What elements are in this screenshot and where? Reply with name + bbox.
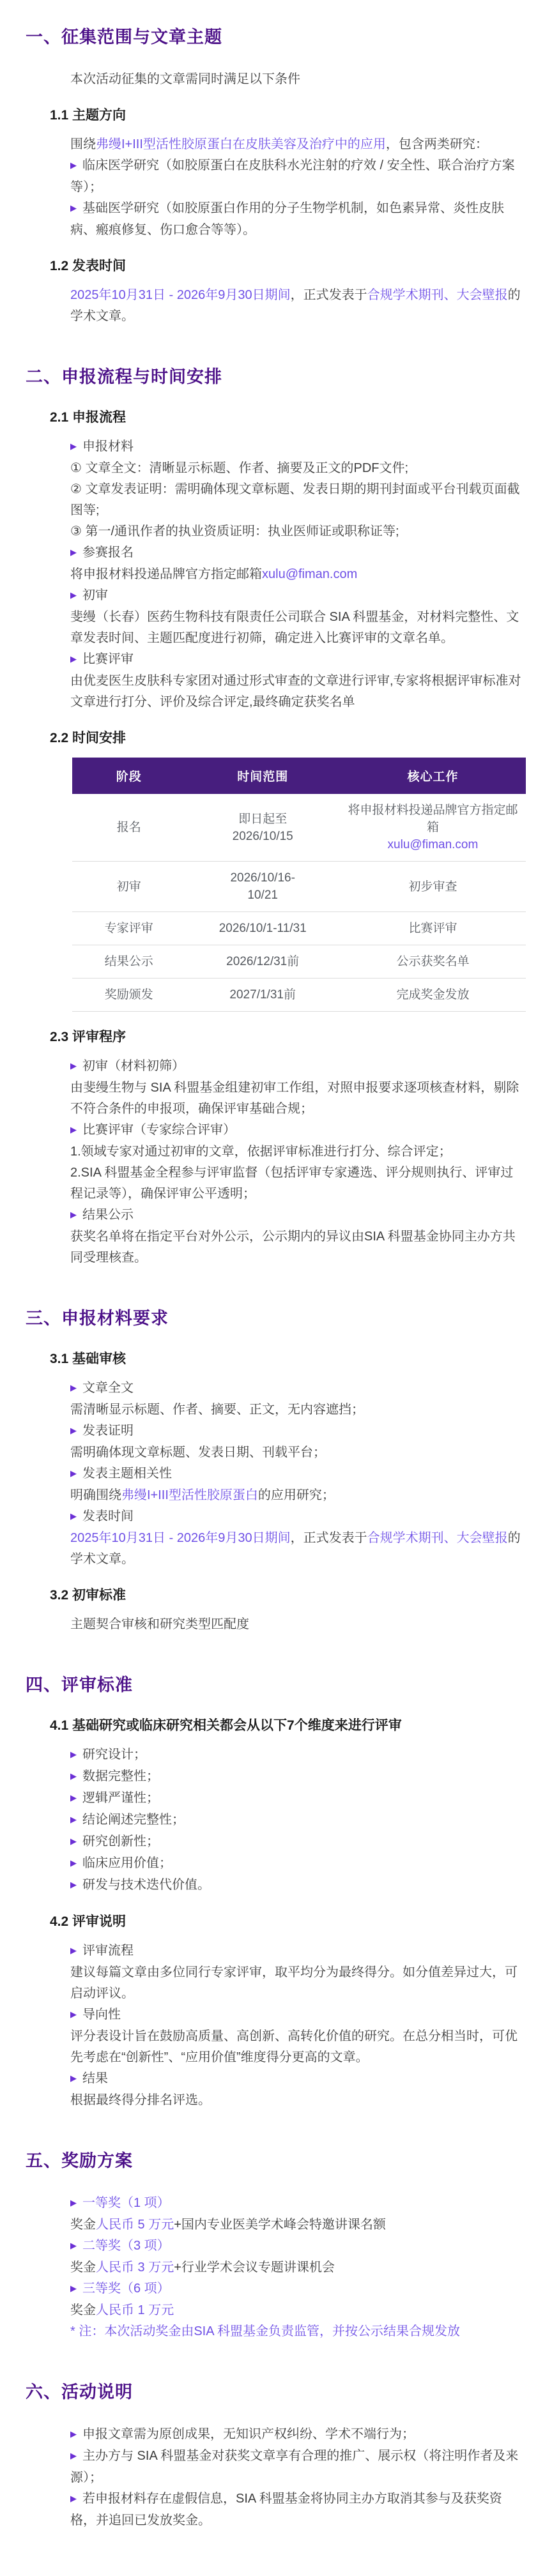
paragraph: 斐缦（长春）医药生物科技有限责任公司联合 SIA 科盟基金，对材料完整性、文章发… xyxy=(70,607,525,649)
bullet-item: ▶主办方与 SIA 科盟基金对获奖文章享有合理的推广、展示权（将注明作者及来源）… xyxy=(70,2446,525,2488)
bullet-triangle-icon: ▶ xyxy=(70,1874,77,1895)
bullet-triangle-icon: ▶ xyxy=(70,2004,77,2025)
text-run: 奖励颁发 xyxy=(105,988,153,1002)
text-run: 研究创新性； xyxy=(82,1834,159,1848)
bullet-item: ▶初审 xyxy=(70,585,525,607)
section-4: 四、评审标准4.1 基础研究或临床研究相关都会从以下7个维度来进行评审▶研究设计… xyxy=(0,1675,525,2111)
text-run: 研究设计； xyxy=(82,1748,146,1762)
bullet-item: ▶发表主题相关性 xyxy=(70,1463,525,1485)
table-cell: 初审 xyxy=(72,862,186,912)
paragraph: 2.SIA 科盟基金全程参与评审监督（包括评审专家遴选、评分规则执行、评审过程记… xyxy=(70,1162,525,1205)
text-run: 发表时间 xyxy=(82,1509,134,1523)
bullet-item: ▶申报材料 xyxy=(70,436,525,458)
section-2: 二、申报流程与时间安排2.1 申报流程▶申报材料① 文章全文：清晰显示标题、作者… xyxy=(0,367,525,1269)
text-run: 需清晰显示标题、作者、摘要、正文，无内容遮挡； xyxy=(70,1403,364,1417)
bullet-item: ▶若申报材料存在虚假信息，SIA 科盟基金将协同主办方取消其参与及获奖资格，并追… xyxy=(70,2488,525,2531)
text-run: 二等奖（3 项） xyxy=(82,2239,170,2253)
table-cell: 完成奖金发放 xyxy=(340,979,526,1012)
text-run: 由优麦医生皮肤科专家团对通过形式审查的文章进行评审,专家将根据评审标准对文章进行… xyxy=(70,674,521,709)
text-run: ③ 第一/通讯作者的执业资质证明：执业医师证或职称证等; xyxy=(70,524,399,538)
section-heading: 五、奖励方案 xyxy=(26,2151,525,2171)
paragraph: 主题契合审核和研究类型匹配度 xyxy=(70,1614,525,1635)
text-run: 评审流程 xyxy=(82,1944,134,1958)
bullet-triangle-icon: ▶ xyxy=(70,2423,77,2444)
paragraph: 评分表设计旨在鼓励高质量、高创新、高转化价值的研究。在总分相当时，可优先考虑在“… xyxy=(70,2026,525,2068)
text-run: 初审 xyxy=(117,880,141,894)
paragraph: 将申报材料投递品牌官方指定邮箱xulu@fiman.com xyxy=(70,564,525,585)
bullet-triangle-icon: ▶ xyxy=(70,1744,77,1765)
text-run: 根据最终得分排名评选。 xyxy=(70,2093,211,2107)
text-run: 比赛评审 xyxy=(408,922,457,935)
bullet-item: ▶基础医学研究（如胶原蛋白作用的分子生物学机制，如色素异常、炎性皮肤病、瘢痕修复… xyxy=(70,198,525,241)
text-run: 文章全文 xyxy=(82,1381,134,1395)
table-row: 结果公示2026/12/31前公示获奖名单 xyxy=(72,945,526,979)
text-run: 人民币 5 万元 xyxy=(96,2218,174,2232)
paragraph: ② 文章发表证明：需明确体现文章标题、发表日期的期刊封面或平台刊载页面截图等; xyxy=(70,479,525,521)
bullet-item: ▶数据完整性； xyxy=(70,1766,525,1788)
bullet-triangle-icon: ▶ xyxy=(70,1831,77,1852)
bullet-item: ▶比赛评审 xyxy=(70,649,525,671)
table-cell: 结果公示 xyxy=(72,945,186,979)
paragraph: ③ 第一/通讯作者的执业资质证明：执业医师证或职称证等; xyxy=(70,521,525,542)
paragraph: 1.领域专家对通过初审的文章，依据评审标准进行打分、综合评定； xyxy=(70,1141,525,1162)
text-run: ，正式发表于 xyxy=(291,288,367,302)
paragraph: 根据最终得分排名评选。 xyxy=(70,2090,525,2111)
table-header-cell: 核心工作 xyxy=(340,758,526,794)
text-run: 主题契合审核和研究类型匹配度 xyxy=(70,1617,249,1631)
bullet-item: ▶临床医学研究（如胶原蛋白在皮肤科水光注射的疗效 / 安全性、联合治疗方案等）； xyxy=(70,155,525,198)
bullet-item: ▶研究设计； xyxy=(70,1744,525,1766)
text-run: 临床应用价值； xyxy=(82,1856,172,1870)
bullet-item: ▶研究创新性； xyxy=(70,1831,525,1853)
text-run: 导向性 xyxy=(82,2008,121,2022)
text-run: 明确围绕 xyxy=(70,1488,121,1502)
text-run: ，正式发表于 xyxy=(291,1531,367,1545)
table-cell: 公示获奖名单 xyxy=(340,945,526,979)
text-run: 结果公示 xyxy=(105,955,153,968)
text-run: 的应用研究； xyxy=(258,1488,335,1502)
text-run: 逻辑严谨性； xyxy=(82,1791,159,1805)
bullet-triangle-icon: ▶ xyxy=(70,197,77,218)
bullet-item: ▶结果 xyxy=(70,2068,525,2090)
bullet-triangle-icon: ▶ xyxy=(70,1463,77,1484)
bullet-triangle-icon: ▶ xyxy=(70,155,77,176)
text-run: ① 文章全文：清晰显示标题、作者、摘要及正文的PDF文件; xyxy=(70,461,408,475)
text-run: +行业学术会议专题讲课机会 xyxy=(174,2260,335,2275)
bullet-triangle-icon: ▶ xyxy=(70,2192,77,2213)
text-run: 初审（材料初筛） xyxy=(82,1059,185,1073)
bullet-triangle-icon: ▶ xyxy=(70,648,77,669)
bullet-triangle-icon: ▶ xyxy=(70,1852,77,1873)
bullet-item: ▶参赛报名 xyxy=(70,542,525,564)
bullet-triangle-icon: ▶ xyxy=(70,1940,77,1961)
table-cell: 即日起至 2026/10/15 xyxy=(186,794,340,862)
email-link[interactable]: xulu@fiman.com xyxy=(388,838,479,851)
paragraph: 建议每篇文章由多位同行专家评审，取平均分为最终得分。如分值差异过大，可启动评议。 xyxy=(70,1962,525,2004)
text-run: ② 文章发表证明：需明确体现文章标题、发表日期的期刊封面或平台刊载页面截图等; xyxy=(70,482,520,517)
bullet-item: ▶二等奖（3 项） xyxy=(70,2236,525,2257)
bullet-item: ▶结果公示 xyxy=(70,1205,525,1226)
bullet-item: ▶评审流程 xyxy=(70,1940,525,1962)
table-header-cell: 时间范围 xyxy=(186,758,340,794)
text-run: 弗缦I+III型活性胶原蛋白在皮肤美容及治疗中的应用 xyxy=(96,137,386,151)
bullet-triangle-icon: ▶ xyxy=(70,1377,77,1398)
section-5: 五、奖励方案▶一等奖（1 项）奖金人民币 5 万元+国内专业医美学术峰会特邀讲课… xyxy=(0,2151,525,2342)
text-run: 评分表设计旨在鼓励高质量、高创新、高转化价值的研究。在总分相当时，可优先考虑在“… xyxy=(70,2029,518,2064)
text-run: 结果公示 xyxy=(82,1208,134,1222)
text-run: 2026/10/16- 10/21 xyxy=(230,871,295,902)
subsection-heading: 2.3 评审程序 xyxy=(50,1028,525,1046)
table-header-cell: 阶段 xyxy=(72,758,186,794)
text-run: 初审 xyxy=(82,588,108,602)
text-run: 比赛评审（专家综合评审） xyxy=(82,1123,236,1137)
section-heading: 三、申报材料要求 xyxy=(26,1308,525,1329)
paragraph: 明确围绕弗缦I+III型活性胶原蛋白的应用研究； xyxy=(70,1485,525,1506)
bullet-triangle-icon: ▶ xyxy=(70,2278,77,2299)
section-3: 三、申报材料要求3.1 基础审核▶文章全文需清晰显示标题、作者、摘要、正文，无内… xyxy=(0,1308,525,1635)
text-run: 弗缦I+III型活性胶原蛋白 xyxy=(121,1488,258,1502)
text-run: 报名 xyxy=(117,821,141,834)
table-cell: 将申报材料投递品牌官方指定邮箱 xulu@fiman.com xyxy=(340,794,526,862)
table-cell: 2026/10/1-11/31 xyxy=(186,912,340,945)
text-run: 临床医学研究（如胶原蛋白在皮肤科水光注射的疗效 / 安全性、联合治疗方案等）； xyxy=(70,158,515,194)
text-run: 斐缦（长春）医药生物科技有限责任公司联合 SIA 科盟基金，对材料完整性、文章发… xyxy=(70,610,519,645)
table-cell: 初步审查 xyxy=(340,862,526,912)
text-run: 合规学术期刊、大会壁报 xyxy=(367,1531,508,1545)
subsection-heading: 4.2 评审说明 xyxy=(50,1913,525,1931)
table-cell: 报名 xyxy=(72,794,186,862)
bullet-triangle-icon: ▶ xyxy=(70,1119,77,1140)
paragraph: 奖金人民币 5 万元+国内专业医美学术峰会特邀讲课名额 xyxy=(70,2214,525,2236)
text-run: 1.领域专家对通过初审的文章，依据评审标准进行打分、综合评定； xyxy=(70,1145,452,1159)
text-run: 即日起至 2026/10/15 xyxy=(233,812,293,843)
paragraph: 奖金人民币 3 万元+行业学术会议专题讲课机会 xyxy=(70,2257,525,2278)
bullet-item: ▶初审（材料初筛） xyxy=(70,1056,525,1078)
text-run: 2025年10月31日 - 2026年9月30日期间 xyxy=(70,1531,291,1545)
table-cell: 2026/10/16- 10/21 xyxy=(186,862,340,912)
paragraph: 2025年10月31日 - 2026年9月30日期间，正式发表于合规学术期刊、大… xyxy=(70,285,525,327)
section-heading: 六、活动说明 xyxy=(26,2382,525,2402)
text-run: 2026/10/1-11/31 xyxy=(219,922,307,935)
bullet-triangle-icon: ▶ xyxy=(70,436,77,457)
text-run: 申报文章需为原创成果，无知识产权纠纷、学术不端行为； xyxy=(82,2427,415,2441)
bullet-triangle-icon: ▶ xyxy=(70,2445,77,2466)
bullet-item: ▶逻辑严谨性； xyxy=(70,1788,525,1810)
text-run: 研发与技术迭代价值。 xyxy=(82,1878,210,1892)
text-run: 主办方与 SIA 科盟基金对获奖文章享有合理的推广、展示权（将注明作者及来源）； xyxy=(70,2449,518,2485)
text-run: 三等奖（6 项） xyxy=(82,2282,170,2296)
bullet-item: ▶研发与技术迭代价值。 xyxy=(70,1875,525,1896)
subsection-heading: 2.1 申报流程 xyxy=(50,409,525,427)
paragraph: 获奖名单将在指定平台对外公示，公示期内的异议由SIA 科盟基金协同主办方共同受理… xyxy=(70,1226,525,1269)
email-link[interactable]: xulu@fiman.com xyxy=(262,567,357,581)
section-heading: 二、申报流程与时间安排 xyxy=(26,367,525,387)
text-run: 获奖名单将在指定平台对外公示，公示期内的异议由SIA 科盟基金协同主办方共同受理… xyxy=(70,1230,516,1265)
text-run: 发表证明 xyxy=(82,1424,134,1438)
bullet-triangle-icon: ▶ xyxy=(70,1505,77,1527)
note-line: * 注：本次活动奖金由SIA 科盟基金负责监管，并按公示结果合规发放 xyxy=(70,2321,525,2342)
subsection-heading: 3.2 初审标准 xyxy=(50,1587,525,1604)
table-row: 初审2026/10/16- 10/21初步审查 xyxy=(72,862,526,912)
table-cell: 奖励颁发 xyxy=(72,979,186,1012)
text-run: 人民币 1 万元 xyxy=(96,2303,174,2317)
bullet-triangle-icon: ▶ xyxy=(70,1055,77,1076)
section-6: 六、活动说明▶申报文章需为原创成果，无知识产权纠纷、学术不端行为；▶主办方与 S… xyxy=(0,2382,525,2531)
table-row: 报名即日起至 2026/10/15将申报材料投递品牌官方指定邮箱 xulu@fi… xyxy=(72,794,526,862)
bullet-item: ▶结论阐述完整性； xyxy=(70,1810,525,1831)
text-run: 由斐缦生物与 SIA 科盟基金组建初审工作组，对照申报要求逐项核查材料，剔除不符… xyxy=(70,1081,519,1116)
bullet-triangle-icon: ▶ xyxy=(70,1809,77,1830)
text-run: 合规学术期刊、大会壁报 xyxy=(367,288,508,302)
bullet-item: ▶导向性 xyxy=(70,2004,525,2026)
text-run: 公示获奖名单 xyxy=(396,955,469,968)
paragraph: 奖金人民币 1 万元 xyxy=(70,2300,525,2321)
paragraph: 由优麦医生皮肤科专家团对通过形式审查的文章进行评审,专家将根据评审标准对文章进行… xyxy=(70,671,525,713)
text-run: 2.SIA 科盟基金全程参与评审监督（包括评审专家遴选、评分规则执行、评审过程记… xyxy=(70,1166,513,1201)
bullet-triangle-icon: ▶ xyxy=(70,542,77,563)
text-run: +国内专业医美学术峰会特邀讲课名额 xyxy=(174,2218,386,2232)
table-cell: 2026/12/31前 xyxy=(186,945,340,979)
text-run: 申报材料 xyxy=(82,439,134,453)
text-run: 数据完整性； xyxy=(82,1769,159,1783)
schedule-table: 阶段时间范围核心工作报名即日起至 2026/10/15将申报材料投递品牌官方指定… xyxy=(72,758,526,1012)
text-run: 发表主题相关性 xyxy=(82,1467,172,1481)
bullet-item: ▶一等奖（1 项） xyxy=(70,2193,525,2214)
text-run: 参赛报名 xyxy=(82,545,134,560)
paragraph: 本次活动征集的文章需同时满足以下条件 xyxy=(70,69,525,90)
text-run: 将申报材料投递品牌官方指定邮箱 xyxy=(348,804,518,834)
text-run: 奖金 xyxy=(70,2303,96,2317)
text-run: 完成奖金发放 xyxy=(396,988,469,1002)
text-run: 结果 xyxy=(82,2071,108,2085)
text-run: 初步审查 xyxy=(408,880,457,894)
text-run: 结论阐述完整性； xyxy=(82,1813,185,1827)
paragraph: 2025年10月31日 - 2026年9月30日期间，正式发表于合规学术期刊、大… xyxy=(70,1528,525,1570)
bullet-triangle-icon: ▶ xyxy=(70,1420,77,1441)
text-run: 奖金 xyxy=(70,2218,96,2232)
section-1: 一、征集范围与文章主题本次活动征集的文章需同时满足以下条件1.1 主题方向围绕弗… xyxy=(0,27,525,327)
document-page: 一、征集范围与文章主题本次活动征集的文章需同时满足以下条件1.1 主题方向围绕弗… xyxy=(0,0,545,2576)
bullet-item: ▶比赛评审（专家综合评审） xyxy=(70,1120,525,1141)
bullet-triangle-icon: ▶ xyxy=(70,1787,77,1808)
paragraph: 由斐缦生物与 SIA 科盟基金组建初审工作组，对照申报要求逐项核查材料，剔除不符… xyxy=(70,1078,525,1120)
paragraph: 需明确体现文章标题、发表日期、刊载平台； xyxy=(70,1442,525,1463)
subsection-heading: 4.1 基础研究或临床研究相关都会从以下7个维度来进行评审 xyxy=(50,1717,525,1735)
text-run: 2026/12/31前 xyxy=(226,955,299,968)
text-run: 本次活动征集的文章需同时满足以下条件 xyxy=(70,72,300,86)
text-run: 2025年10月31日 - 2026年9月30日期间 xyxy=(70,288,291,302)
paragraph: 围绕弗缦I+III型活性胶原蛋白在皮肤美容及治疗中的应用，包含两类研究： xyxy=(70,134,525,155)
bullet-item: ▶文章全文 xyxy=(70,1378,525,1399)
subsection-heading: 1.1 主题方向 xyxy=(50,107,525,125)
bullet-triangle-icon: ▶ xyxy=(70,2068,77,2089)
text-run: 比赛评审 xyxy=(82,652,134,666)
paragraph: ① 文章全文：清晰显示标题、作者、摘要及正文的PDF文件; xyxy=(70,458,525,479)
bullet-triangle-icon: ▶ xyxy=(70,1765,77,1787)
table-cell: 专家评审 xyxy=(72,912,186,945)
bullet-item: ▶发表证明 xyxy=(70,1421,525,1442)
text-run: 围绕 xyxy=(70,137,96,151)
text-run: 奖金 xyxy=(70,2260,96,2275)
section-heading: 一、征集范围与文章主题 xyxy=(26,27,525,47)
bullet-triangle-icon: ▶ xyxy=(70,2235,77,2256)
text-run: 2027/1/31前 xyxy=(229,988,296,1002)
text-run: 基础医学研究（如胶原蛋白作用的分子生物学机制，如色素异常、炎性皮肤病、瘢痕修复、… xyxy=(70,201,504,237)
bullet-item: ▶临床应用价值； xyxy=(70,1853,525,1875)
text-run: 人民币 3 万元 xyxy=(96,2260,174,2275)
paragraph: 需清晰显示标题、作者、摘要、正文，无内容遮挡； xyxy=(70,1399,525,1421)
bullet-item: ▶发表时间 xyxy=(70,1506,525,1528)
table-cell: 比赛评审 xyxy=(340,912,526,945)
bullet-item: ▶申报文章需为原创成果，无知识产权纠纷、学术不端行为； xyxy=(70,2424,525,2446)
bullet-triangle-icon: ▶ xyxy=(70,584,77,606)
table-cell: 2027/1/31前 xyxy=(186,979,340,1012)
text-run: 一等奖（1 项） xyxy=(82,2196,170,2210)
subsection-heading: 1.2 发表时间 xyxy=(50,257,525,275)
text-run: 专家评审 xyxy=(105,922,153,935)
section-heading: 四、评审标准 xyxy=(26,1675,525,1695)
table-row: 奖励颁发2027/1/31前完成奖金发放 xyxy=(72,979,526,1012)
table-row: 专家评审2026/10/1-11/31比赛评审 xyxy=(72,912,526,945)
subsection-heading: 2.2 时间安排 xyxy=(50,729,525,747)
bullet-triangle-icon: ▶ xyxy=(70,2488,77,2509)
text-run: * 注：本次活动奖金由SIA 科盟基金负责监管，并按公示结果合规发放 xyxy=(70,2324,460,2338)
text-run: 建议每篇文章由多位同行专家评审，取平均分为最终得分。如分值差异过大，可启动评议。 xyxy=(70,1965,518,2001)
text-run: 需明确体现文章标题、发表日期、刊载平台； xyxy=(70,1445,326,1459)
document-body: 一、征集范围与文章主题本次活动征集的文章需同时满足以下条件1.1 主题方向围绕弗… xyxy=(0,27,525,2531)
text-run: 若申报材料存在虚假信息，SIA 科盟基金将协同主办方取消其参与及获奖资格，并追回… xyxy=(70,2492,502,2527)
bullet-triangle-icon: ▶ xyxy=(70,1204,77,1225)
text-run: ，包含两类研究： xyxy=(386,137,488,151)
subsection-heading: 3.1 基础审核 xyxy=(50,1350,525,1368)
bullet-item: ▶三等奖（6 项） xyxy=(70,2278,525,2300)
text-run: 将申报材料投递品牌官方指定邮箱 xyxy=(70,567,262,581)
